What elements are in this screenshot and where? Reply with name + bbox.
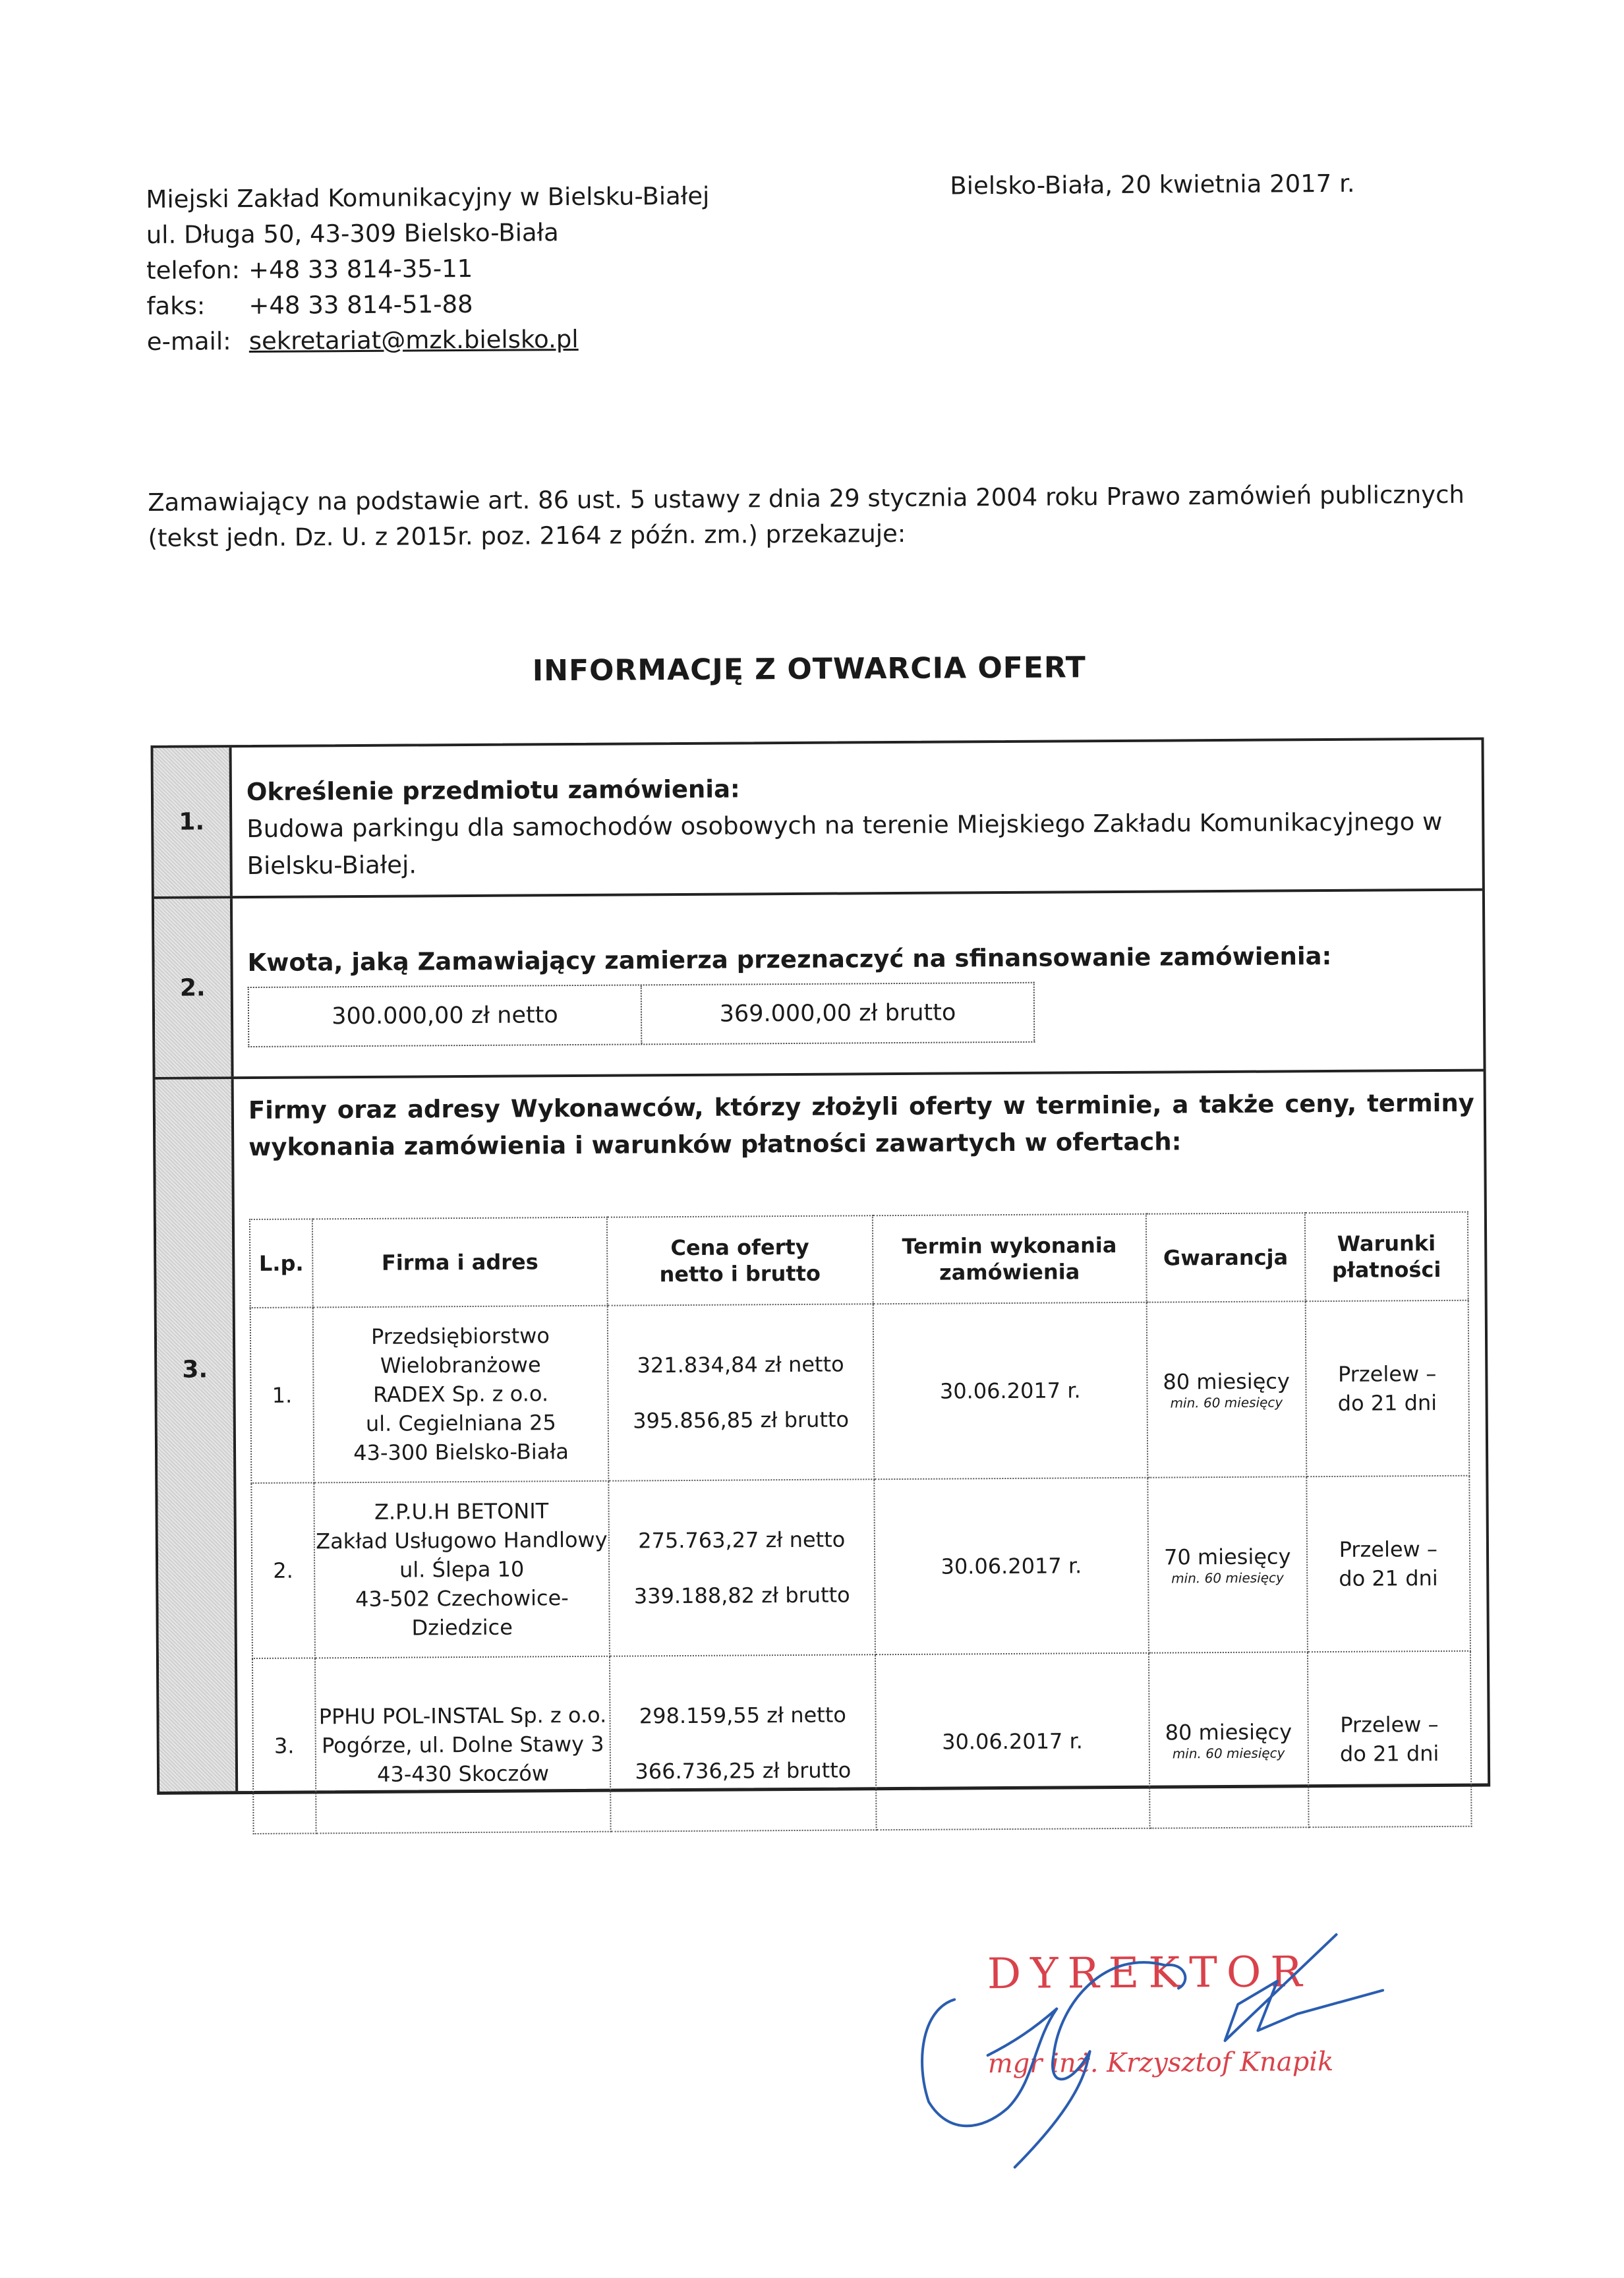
header-deadline: Termin wykonania zamówienia <box>872 1214 1146 1304</box>
sender-email: e-mail:sekretariat@mzk.bielsko.pl <box>147 321 710 360</box>
offers-table: L.p. Firma i adres Cena oferty netto i b… <box>249 1212 1472 1834</box>
section-heading: Kwota, jaką Zamawiający zamierza przezna… <box>247 937 1473 981</box>
price-net: 321.834,84 zł netto <box>609 1349 872 1380</box>
fax-value: +48 33 814-51-88 <box>248 290 473 320</box>
price-gross: 395.856,85 zł brutto <box>633 1407 849 1433</box>
price-net: 275.763,27 zł netto <box>610 1525 873 1555</box>
section-3: 3. Firmy oraz adresy Wykonawców, którzy … <box>156 1069 1488 1792</box>
firm-line: 43-430 Skoczów <box>317 1759 609 1790</box>
cell-price: 298.159,55 zł netto366.736,25 zł brutto <box>610 1654 876 1831</box>
section-number: 2. <box>154 898 234 1077</box>
price-net: 298.159,55 zł netto <box>611 1700 874 1730</box>
cell-warranty: 80 miesięcymin. 60 miesięcy <box>1149 1652 1308 1828</box>
table-header-row: L.p. Firma i adres Cena oferty netto i b… <box>250 1212 1468 1308</box>
cell-payment: Przelew –do 21 dni <box>1308 1651 1472 1828</box>
firm-line: RADEX Sp. z o.o. <box>314 1379 606 1410</box>
firm-line: 43-300 Bielsko-Biała <box>315 1437 607 1468</box>
budget-gross: 369.000,00 zł brutto <box>642 983 1034 1044</box>
header-warranty: Gwarancja <box>1146 1213 1305 1302</box>
cell-price: 275.763,27 zł netto339.188,82 zł brutto <box>608 1479 875 1656</box>
sender-fax: faks:+48 33 814-51-88 <box>146 285 710 324</box>
warranty-min: min. 60 miesięcy <box>1151 1745 1307 1761</box>
signature-icon <box>908 1907 1503 2187</box>
payment-line: Przelew – <box>1307 1359 1468 1389</box>
cell-firm: Przedsiębiorstwo WielobranżoweRADEX Sp. … <box>313 1306 609 1483</box>
table-row: 3.PPHU POL-INSTAL Sp. z o.o.Pogórze, ul.… <box>252 1651 1472 1834</box>
header-lp: L.p. <box>250 1219 313 1308</box>
cell-deadline: 30.06.2017 r. <box>873 1302 1147 1480</box>
budget-amounts: 300.000,00 zł netto 369.000,00 zł brutto <box>248 982 1035 1047</box>
cell-lp: 3. <box>252 1658 316 1834</box>
warranty-value: 80 miesięcy <box>1148 1368 1304 1395</box>
firm-line: ul. Ślepa 10 <box>316 1554 608 1585</box>
cell-price: 321.834,84 zł netto395.856,85 zł brutto <box>608 1304 874 1480</box>
price-gross: 366.736,25 zł brutto <box>635 1757 851 1784</box>
section-1: 1. Określenie przedmiotu zamówienia: Bud… <box>154 740 1482 896</box>
warranty-value: 80 miesięcy <box>1151 1718 1307 1745</box>
section-number: 3. <box>156 1079 239 1792</box>
payment-line: Przelew – <box>1308 1534 1468 1564</box>
firm-line: Pogórze, ul. Dolne Stawy 3 <box>317 1730 609 1761</box>
cell-deadline: 30.06.2017 r. <box>875 1653 1150 1830</box>
warranty-value: 70 miesięcy <box>1149 1543 1306 1570</box>
header-payment: Warunki płatności <box>1304 1212 1468 1302</box>
sender-name: Miejski Zakład Komunikacyjny w Bielsku-B… <box>146 179 709 218</box>
firm-line: PPHU POL-INSTAL Sp. z o.o. <box>316 1701 608 1732</box>
fax-label: faks: <box>146 288 248 324</box>
cell-firm: PPHU POL-INSTAL Sp. z o.o.Pogórze, ul. D… <box>315 1656 611 1834</box>
section-2: 2. Kwota, jaką Zamawiający zamierza prze… <box>154 889 1484 1077</box>
cell-firm: Z.P.U.H BETONITZakład Usługowo Handlowyu… <box>314 1481 610 1658</box>
budget-net: 300.000,00 zł netto <box>249 985 643 1046</box>
firm-line: 43-502 Czechowice-Dziedzice <box>316 1583 608 1643</box>
warranty-min: min. 60 miesięcy <box>1149 1394 1305 1411</box>
cell-warranty: 80 miesięcymin. 60 miesięcy <box>1147 1301 1306 1477</box>
table-row: 1.Przedsiębiorstwo WielobranżoweRADEX Sp… <box>250 1300 1470 1483</box>
warranty-min: min. 60 miesięcy <box>1149 1569 1306 1586</box>
cell-lp: 1. <box>250 1307 314 1483</box>
payment-line: Przelew – <box>1309 1710 1470 1739</box>
place-date: Bielsko-Biała, 20 kwietnia 2017 r. <box>950 169 1355 200</box>
payment-line: do 21 dni <box>1308 1563 1469 1593</box>
section-text: Budowa parkingu dla samochodów osobowych… <box>246 803 1473 885</box>
sender-phone: telefon:+48 33 814-35-11 <box>146 250 710 289</box>
document-page: Miejski Zakład Komunikacyjny w Bielsku-B… <box>0 0 1624 2278</box>
phone-label: telefon: <box>146 252 248 289</box>
firm-line: Z.P.U.H BETONIT <box>315 1496 607 1527</box>
document-title: INFORMACJĘ Z OTWARCIA OFERT <box>0 647 1621 691</box>
phone-value: +48 33 814-35-11 <box>248 254 473 284</box>
section-number: 1. <box>154 747 233 896</box>
firm-line: Zakład Usługowo Handlowy <box>316 1525 608 1556</box>
table-row: 2.Z.P.U.H BETONITZakład Usługowo Handlow… <box>251 1476 1470 1658</box>
payment-line: do 21 dni <box>1307 1388 1468 1418</box>
sender-address: ul. Długa 50, 43-309 Bielsko-Biała <box>146 214 710 253</box>
cell-payment: Przelew –do 21 dni <box>1305 1300 1469 1477</box>
intro-paragraph: Zamawiający na podstawie art. 86 ust. 5 … <box>148 477 1480 556</box>
header-price: Cena oferty netto i brutto <box>607 1215 873 1305</box>
payment-line: do 21 dni <box>1309 1739 1470 1768</box>
cell-deadline: 30.06.2017 r. <box>874 1478 1149 1655</box>
cell-warranty: 70 miesięcymin. 60 miesięcy <box>1147 1476 1307 1652</box>
email-link[interactable]: sekretariat@mzk.bielsko.pl <box>249 325 579 355</box>
firm-line: ul. Cegielniana 25 <box>315 1408 607 1439</box>
price-gross: 339.188,82 zł brutto <box>634 1582 850 1608</box>
cell-payment: Przelew –do 21 dni <box>1306 1476 1470 1652</box>
email-label: e-mail: <box>147 324 249 360</box>
info-table: 1. Określenie przedmiotu zamówienia: Bud… <box>151 738 1491 1795</box>
cell-lp: 2. <box>251 1482 315 1658</box>
header-firm: Firma i adres <box>312 1217 608 1308</box>
sender-block: Miejski Zakład Komunikacyjny w Bielsku-B… <box>146 179 710 360</box>
section-heading: Firmy oraz adresy Wykonawców, którzy zło… <box>248 1085 1475 1166</box>
firm-line: Przedsiębiorstwo Wielobranżowe <box>314 1321 607 1381</box>
